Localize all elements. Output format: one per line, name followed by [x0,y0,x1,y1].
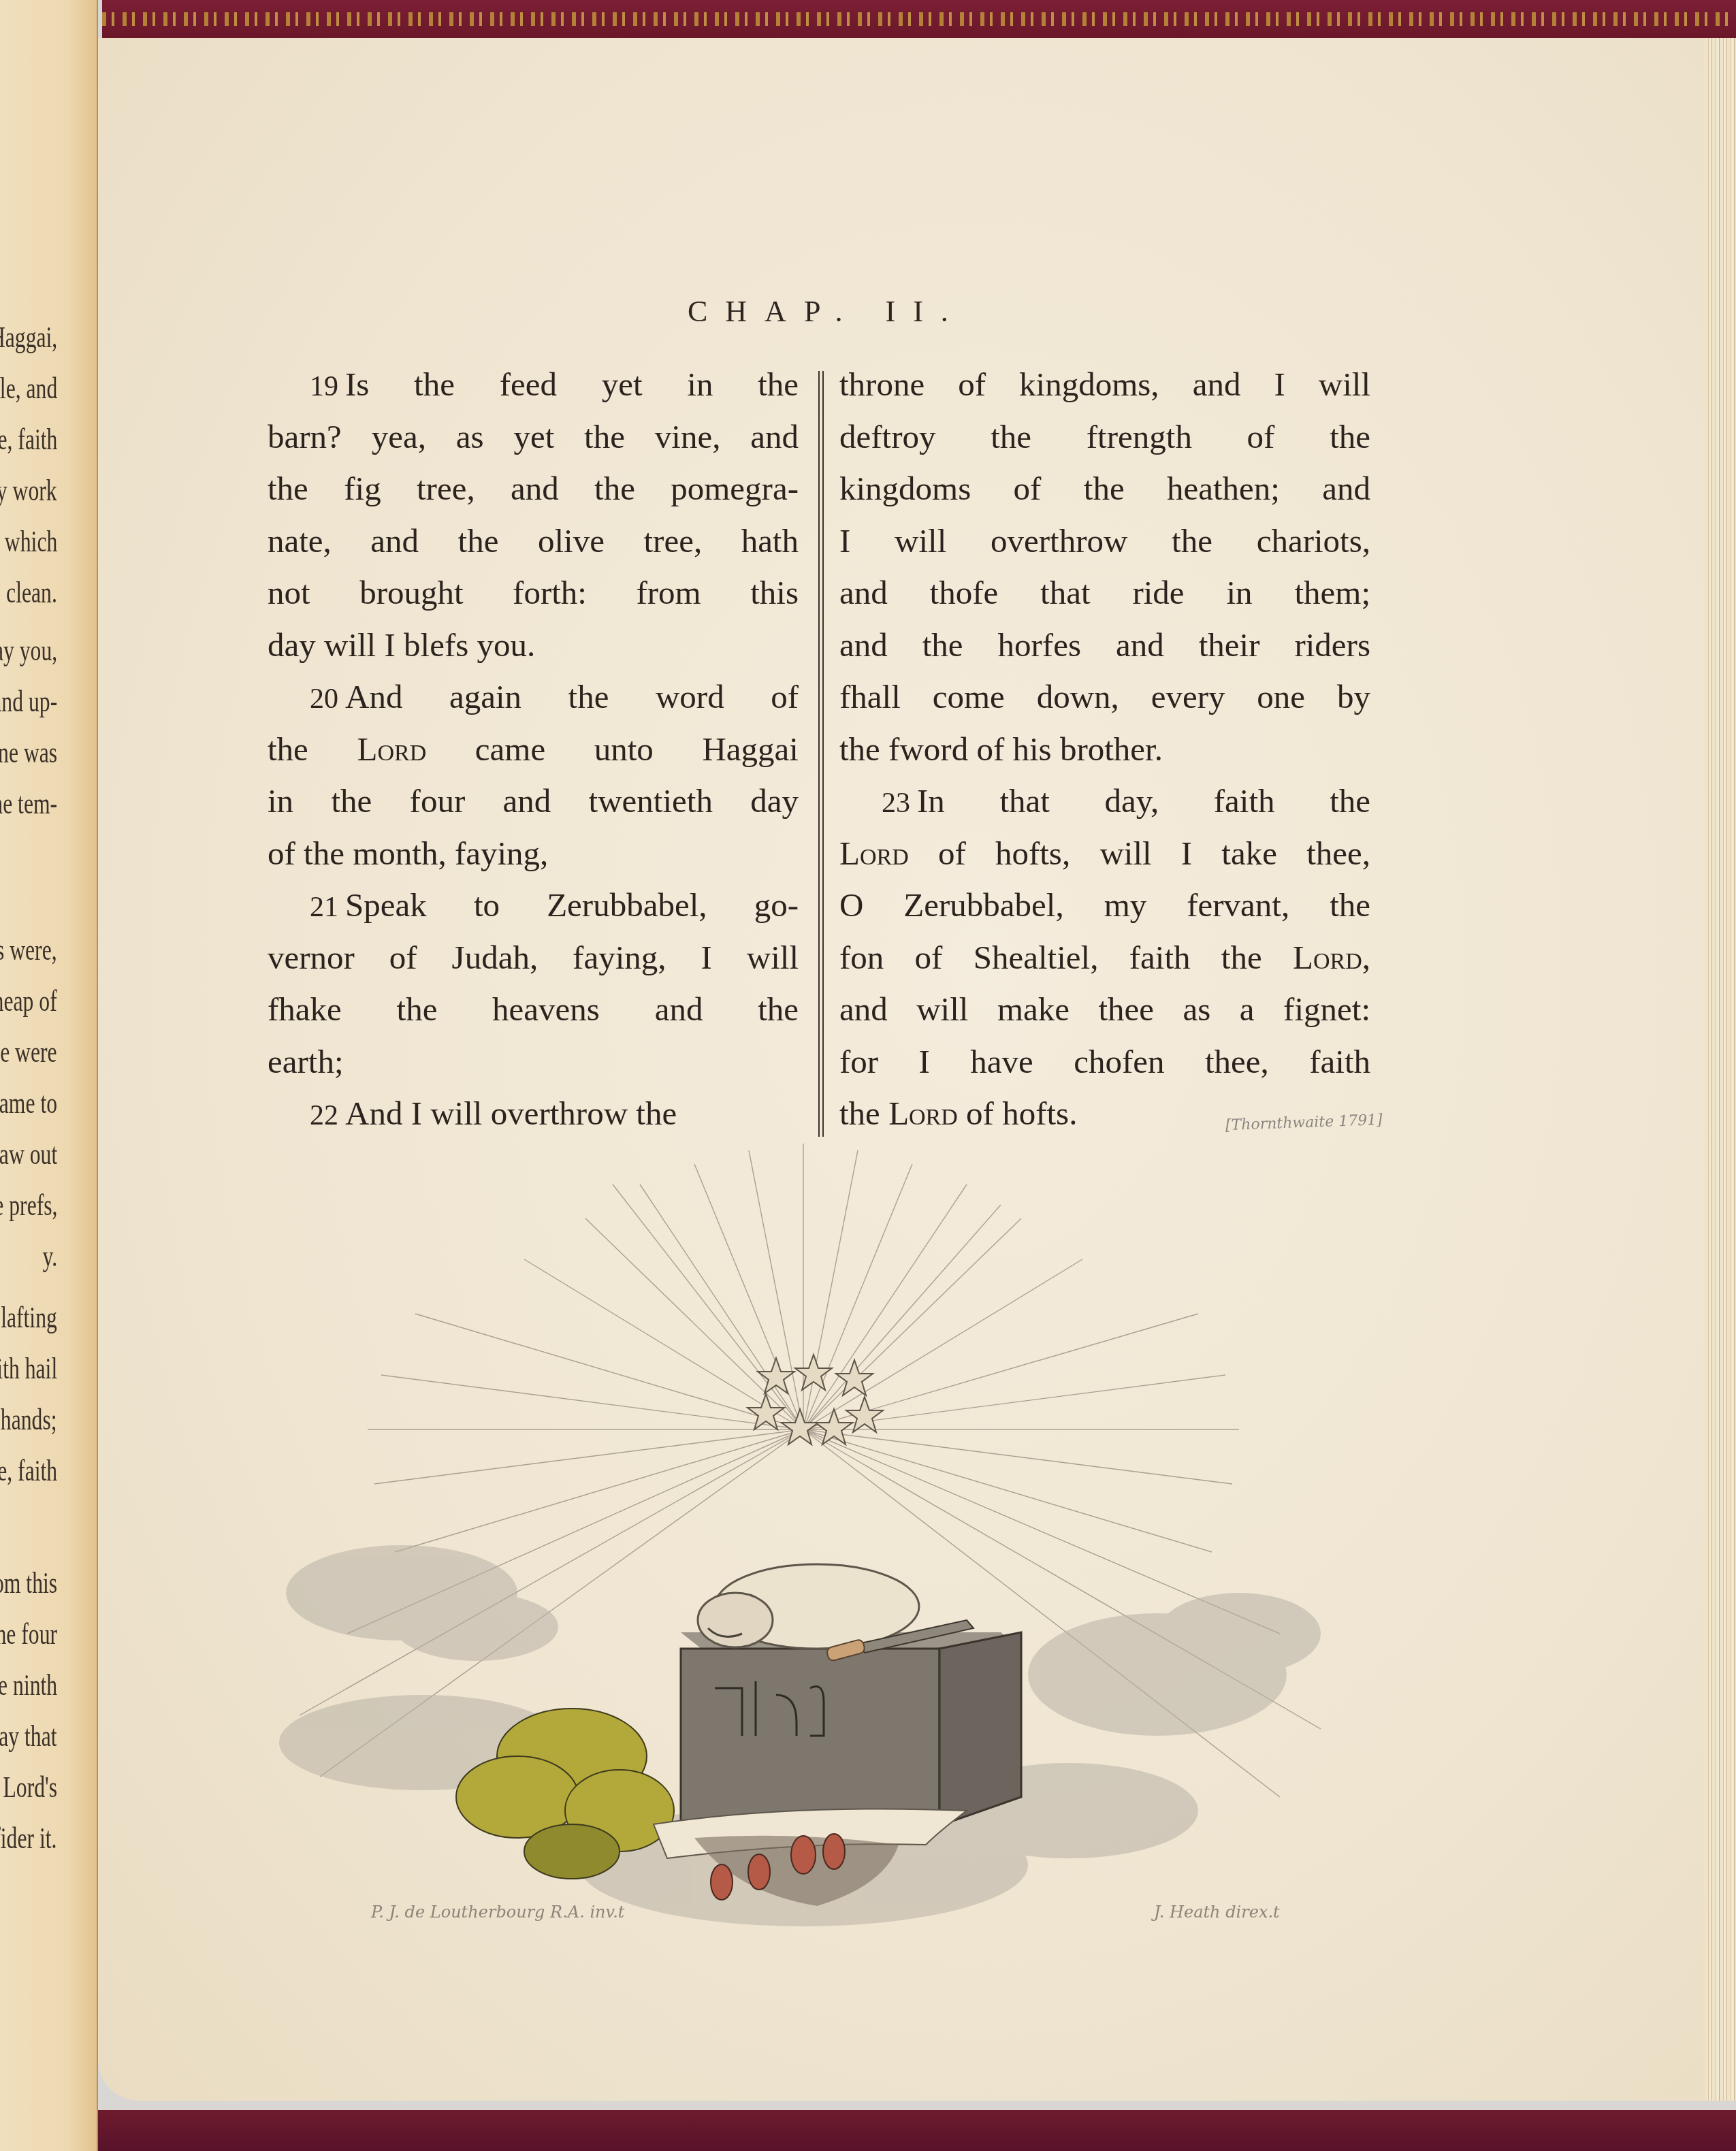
verso-line-fragment: fider it. [0,1821,57,1856]
verse-start-line: 20And again the word of [268,671,799,724]
text-line: fhall come down, every one by [839,671,1370,724]
verso-line-fragment: the ninth [0,1668,57,1702]
verso-line-fragment: raw out [0,1137,57,1171]
text-line: for I have chofen thee, faith [839,1036,1370,1088]
text-line: the Lord came unto Haggai [268,724,799,776]
gilt-border-ornament [102,12,1736,26]
page-fore-edge [1705,38,1736,2101]
text-line: deftroy the ftrength of the [839,411,1370,464]
verse-number: 20 [310,683,338,715]
verse-number: 19 [310,371,338,402]
text-line: vernor of Judah, faying, I will [268,932,799,984]
text-line: Lord of hofts, will I take thee, [839,828,1370,880]
lamb-icon [698,1564,919,1649]
text-line: kingdoms of the heathen; and [839,463,1370,515]
left-page-verso: l Haggai,ople, andme, faithery workat wh… [0,0,98,2151]
verso-line-fragment: me, faith [0,422,57,457]
small-caps-lord: Lord [1293,939,1362,976]
verso-line-fragment: and up- [0,684,57,719]
verso-line-fragment: tone was [0,735,57,770]
text-line: and thofe that ride in them; [839,567,1370,619]
verso-line-fragment: ery work [0,473,57,508]
verso-line-fragment: day that [0,1719,57,1753]
text-line: nate, and the olive tree, hath [268,515,799,568]
verso-line-fragment: y. [42,1239,57,1274]
illustrator-credit: P. J. de Loutherbourg R.A. inv.t [371,1903,625,1922]
engraved-vignette-illustration [218,1144,1389,1933]
text-line: fhake the heavens and the [268,984,799,1036]
small-caps-lord: Lord [839,835,909,872]
left-text-column: 19Is the feed yet in thebarn? yea, as ye… [268,359,799,1140]
text-line: the Lord of hofts. [839,1088,1370,1140]
text-line: the fig tree, and the pomegra- [268,463,799,515]
verso-line-fragment: l Haggai, [0,320,57,355]
verso-line-fragment: clean. [6,575,57,610]
text-line: throne of kingdoms, and I will [839,359,1370,411]
text-line: in the four and twentieth day [268,775,799,828]
text-line: and will make thee as a fignet: [839,984,1370,1036]
text-line: not brought forth: from this [268,567,799,619]
text-line: and the horfes and their riders [839,619,1370,672]
verse-start-line: 21Speak to Zerubbabel, go- [268,879,799,932]
text-line: of the month, faying, [268,828,799,880]
verso-line-fragment: blafting [0,1300,57,1335]
verse-number: 22 [310,1100,338,1131]
verse-number: 21 [310,892,338,923]
text-line: O Zerubbabel, my fervant, the [839,879,1370,932]
stone-altar-icon [681,1632,1021,1826]
text-line: the fword of his brother. [839,724,1370,776]
text-line: barn? yea, as yet the vine, and [268,411,799,464]
right-text-column: throne of kingdoms, and I willdeftroy th… [839,359,1370,1140]
verse-start-line: 22And I will overthrow the [268,1088,799,1140]
verso-line-fragment: with hail [0,1351,57,1386]
text-line: I will overthrow the chariots, [839,515,1370,568]
book-binding-bottom [82,2110,1736,2151]
verso-line-fragment: he tem- [0,786,57,821]
text-line: fon of Shealtiel, faith the Lord, [839,932,1370,984]
verse-number: 23 [882,788,910,819]
verso-line-fragment: ray you, [0,633,57,668]
text-line: earth; [268,1036,799,1088]
chapter-heading: CHAP. II. [688,294,966,329]
verso-line-fragment: ne, faith [0,1453,57,1488]
verso-line-fragment: r hands; [0,1402,57,1437]
text-line: day will I blefs you. [268,619,799,672]
verso-line-fragment: ople, and [0,371,57,406]
verso-line-fragment: heap of [0,984,57,1018]
verso-line-fragment: the four [0,1617,57,1651]
verso-line-fragment: re were [0,1035,57,1069]
verse-start-line: 19Is the feed yet in the [268,359,799,411]
small-caps-lord: Lord [357,730,426,768]
engraver-credit: J. Heath direx.t [1154,1903,1280,1922]
small-caps-lord: Lord [888,1095,958,1132]
verso-line-fragment: s were, [0,933,57,967]
book-binding-top [102,0,1736,39]
verso-line-fragment: came to [0,1086,57,1120]
verso-line-fragment: at which [0,524,57,559]
verso-line-fragment: he prefs, [0,1188,57,1223]
column-divider-double-rule [818,371,824,1137]
verso-line-fragment: e Lord's [0,1770,57,1805]
verse-start-line: 23In that day, faith the [839,775,1370,828]
verso-line-fragment: from this [0,1566,57,1600]
